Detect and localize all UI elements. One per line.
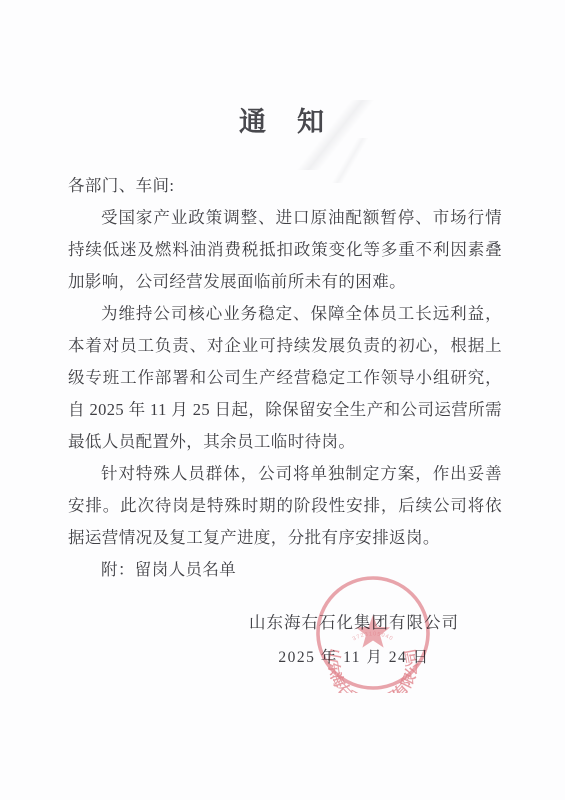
seal-star-icon: [356, 615, 390, 648]
notice-page: 通 知 各部门、车间: 受国家产业政策调整、进口原油配额暂停、市场行情持续低迷及…: [0, 0, 565, 800]
paragraph-2: 为维持公司核心业务稳定、保障全体员工长远利益，本着对员工负责、对企业可持续发展负…: [68, 298, 502, 458]
seal-ring-text: 山东海右石化集团有限公司: [324, 647, 421, 693]
paragraph-1: 受国家产业政策调整、进口原油配额暂停、市场行情持续低迷及燃料油消费税抵扣政策变化…: [68, 202, 502, 298]
attachment-line: 附：留岗人员名单: [68, 554, 502, 586]
paragraph-3: 针对特殊人员群体，公司将单独制定方案，作出妥善安排。此次待岗是特殊时期的阶段性安…: [68, 458, 502, 554]
company-seal-stamp: 山东海右石化集团有限公司 3723105040: [313, 573, 433, 693]
notice-body: 各部门、车间: 受国家产业政策调整、进口原油配额暂停、市场行情持续低迷及燃料油消…: [68, 170, 502, 586]
notice-title: 通 知: [0, 0, 565, 139]
svg-text:山东海右石化集团有限公司: 山东海右石化集团有限公司: [324, 647, 421, 693]
salutation-line: 各部门、车间:: [68, 170, 502, 202]
